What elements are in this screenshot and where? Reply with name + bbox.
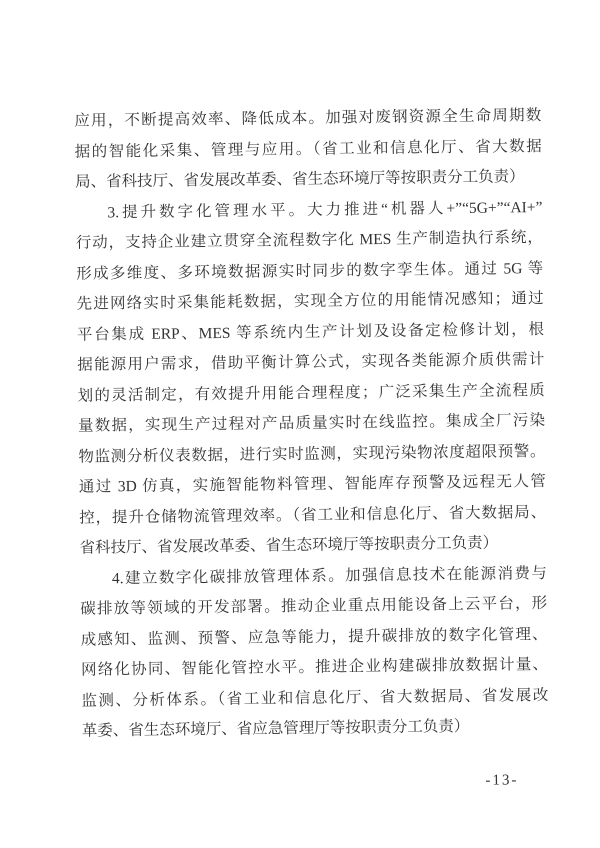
text-line: 行动，支持企业建立贯穿全流程数字化 MES 生产制造执行系统，: [76, 223, 543, 259]
text-line: 碳排放等领域的开发部署。推动企业重点用能设备上云平台，形: [80, 589, 547, 625]
text-line: 先进网络实时采集能耗数据，实现全方位的用能情况感知；通过: [76, 284, 543, 320]
text-line: 革委、省生态环境厅、省应急管理厅等按职责分工负责）: [82, 711, 549, 747]
text-line: 省科技厅、省发展改革委、省生态环境厅等按职责分工负责）: [79, 528, 546, 564]
text-line: 应用，不断提高效率、降低成本。加强对废钢资源全生命周期数: [74, 101, 541, 137]
text-line: 通过 3D 仿真，实施智能物料管理、智能库存预警及远程无人管: [79, 467, 546, 503]
text-line: 局、省科技厅、省发展改革委、省生态环境厅等按职责分工负责）: [75, 162, 542, 198]
document-body-text: 应用，不断提高效率、降低成本。加强对废钢资源全生命周期数据的智能化采集、管理与应…: [74, 101, 549, 747]
page-number: -13-: [485, 772, 518, 789]
text-line: 量数据，实现生产过程对产品质量实时在线监控。集成全厂污染: [78, 406, 545, 442]
document-page: 应用，不断提高效率、降低成本。加强对废钢资源全生命周期数据的智能化采集、管理与应…: [0, 0, 600, 848]
text-line: 据能源用户需求，借助平衡计算公式，实现各类能源介质供需计: [77, 345, 544, 381]
text-line: 监测、分析体系。（省工业和信息化厅、省大数据局、省发展改: [81, 680, 548, 716]
text-line: 网络化协同、智能化管控水平。推进企业构建碳排放数据计量、: [81, 650, 548, 686]
